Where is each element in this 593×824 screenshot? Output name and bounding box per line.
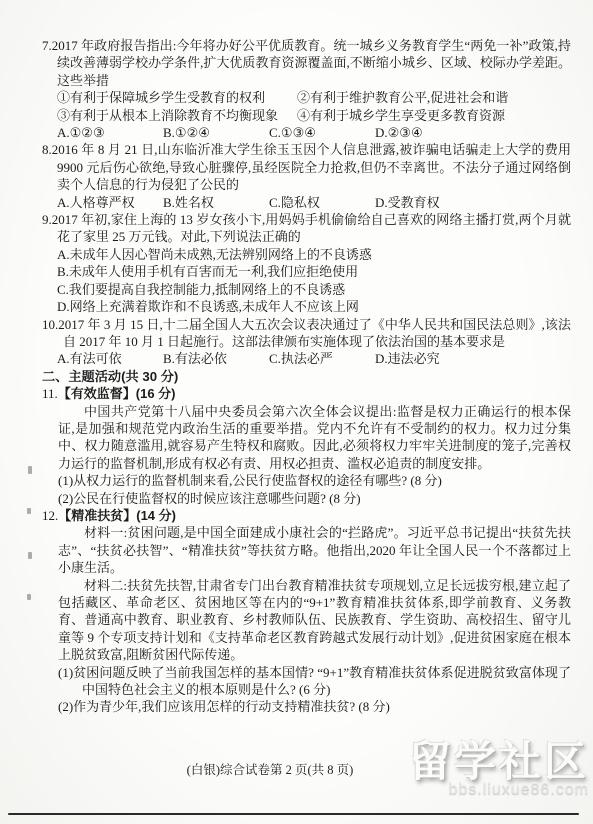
question-7-option-c: C.①③④ xyxy=(269,124,375,141)
page-footer-label: (白银)综合试卷第 2 页(共 8 页) xyxy=(110,760,430,778)
question-7-options: A.①②③ B.①②④ C.①③④ D.②③④ xyxy=(42,124,571,141)
question-7-option-a: A.①②③ xyxy=(57,124,163,141)
question-11-sub-2: (2)公民在行使监督权的时候应该注意哪些问题? (8 分) xyxy=(58,490,571,507)
question-7-item-4: ④有利于城乡学生享受更多教育资源 xyxy=(297,107,571,124)
question-9-text: 9.2017 年初,家住上海的 13 岁女孩小卞,用妈妈手机偷偷给自己喜欢的网络… xyxy=(42,211,571,246)
question-11-title: 11.【有效监督】(16 分) xyxy=(42,385,571,402)
question-12-number: 12. xyxy=(42,508,58,523)
question-10-option-d: D.违法必究 xyxy=(375,350,440,367)
question-8-text: 8.2016 年 8 月 21 日,山东临沂准大学生徐玉玉因个人信息泄露,被诈骗… xyxy=(42,141,571,193)
question-11-label: 【有效监督】(16 分) xyxy=(58,386,176,401)
question-7-option-b: B.①②④ xyxy=(163,124,269,141)
question-8-option-c: C.隐私权 xyxy=(269,194,375,211)
question-10-option-b: B.有法必依 xyxy=(163,350,269,367)
scan-artifact xyxy=(28,466,32,474)
scan-artifact xyxy=(27,594,31,600)
question-7-text: 7.2017 年政府报告指出:今年将办好公平优质教育。统一城乡义务教育学生“两免… xyxy=(42,37,571,89)
question-8-options: A.人格尊严权 B.姓名权 C.隐私权 D.受教育权 xyxy=(42,194,571,211)
question-12-material-1: 材料一:贫困问题,是中国全面建成小康社会的“拦路虎”。习近平总书记提出“扶贫先扶… xyxy=(58,524,571,576)
question-7-items: ①有利于保障城乡学生受教育的权利 ②有利于维护教育公平,促进社会和谐 ③有利于从… xyxy=(42,89,571,124)
question-12-sub-2: (2)作为青少年,我们应该用怎样的行动支持精准扶贫? (8 分) xyxy=(58,698,571,715)
question-9-option-b: B.未成年人使用手机有百害而无一利,我们应拒绝使用 xyxy=(57,263,571,280)
question-12-material-2: 材料二:扶贫先扶智,甘肃省专门出台教育精准扶贫专项规划,立足长远拔穷根,建立起了… xyxy=(58,577,571,664)
question-9-option-c: C.我们要提高自我控制能力,抵制网络上的不良诱惑 xyxy=(57,281,571,298)
question-8-option-a: A.人格尊严权 xyxy=(57,194,163,211)
question-11-sub-1: (1)从权力运行的监督机制来看,公民行使监督权的途径有哪些? (8 分) xyxy=(58,472,571,489)
question-10-option-a: A.有法可依 xyxy=(57,350,163,367)
question-9-option-a: A.未成年人因心智尚未成熟,无法辨别网络上的不良诱惑 xyxy=(57,246,571,263)
question-9-option-d: D.网络上充满着欺诈和不良诱惑,未成年人不应该上网 xyxy=(57,298,571,315)
question-12-title: 12.【精准扶贫】(14 分) xyxy=(42,507,571,524)
section-2-heading: 二、主题活动(共 30 分) xyxy=(42,368,571,385)
question-7-option-d: D.②③④ xyxy=(375,124,423,141)
question-11-paragraph: 中国共产党第十八届中央委员会第六次全体会议提出:监督是权力正确运行的根本保证,是… xyxy=(58,403,571,473)
watermark-site-name: 留学社区 xyxy=(409,740,589,784)
scan-artifact xyxy=(28,552,32,559)
question-11-number: 11. xyxy=(42,386,58,401)
question-7-item-2: ②有利于维护教育公平,促进社会和谐 xyxy=(297,89,571,106)
question-12-sub-1: (1)贫困问题反映了当前我国怎样的基本国情? “9+1”教育精准扶贫体系促进脱贫… xyxy=(58,664,571,699)
question-7-item-1: ①有利于保障城乡学生受教育的权利 xyxy=(57,89,297,106)
question-10-options: A.有法可依 B.有法必依 C.执法必严 D.违法必究 xyxy=(42,350,571,367)
question-10-text: 10.2017 年 3 月 15 日,十二届全国人大五次会议表决通过了《中华人民… xyxy=(42,316,571,351)
question-10-option-c: C.执法必严 xyxy=(269,350,375,367)
site-watermark: 留学社区 bbs.liuxue86.com xyxy=(409,740,589,799)
page-bottom-edge-line xyxy=(8,813,579,815)
question-9-options: A.未成年人因心智尚未成熟,无法辨别网络上的不良诱惑 B.未成年人使用手机有百害… xyxy=(42,246,571,316)
question-8-option-d: D.受教育权 xyxy=(375,194,440,211)
scan-artifact xyxy=(27,508,31,514)
question-8-option-b: B.姓名权 xyxy=(163,194,269,211)
exam-page-body: 7.2017 年政府报告指出:今年将办好公平优质教育。统一城乡义务教育学生“两免… xyxy=(42,37,571,716)
question-7-item-3: ③有利于从根本上消除教育不均衡现象 xyxy=(57,107,297,124)
question-12-label: 【精准扶贫】(14 分) xyxy=(58,508,176,523)
